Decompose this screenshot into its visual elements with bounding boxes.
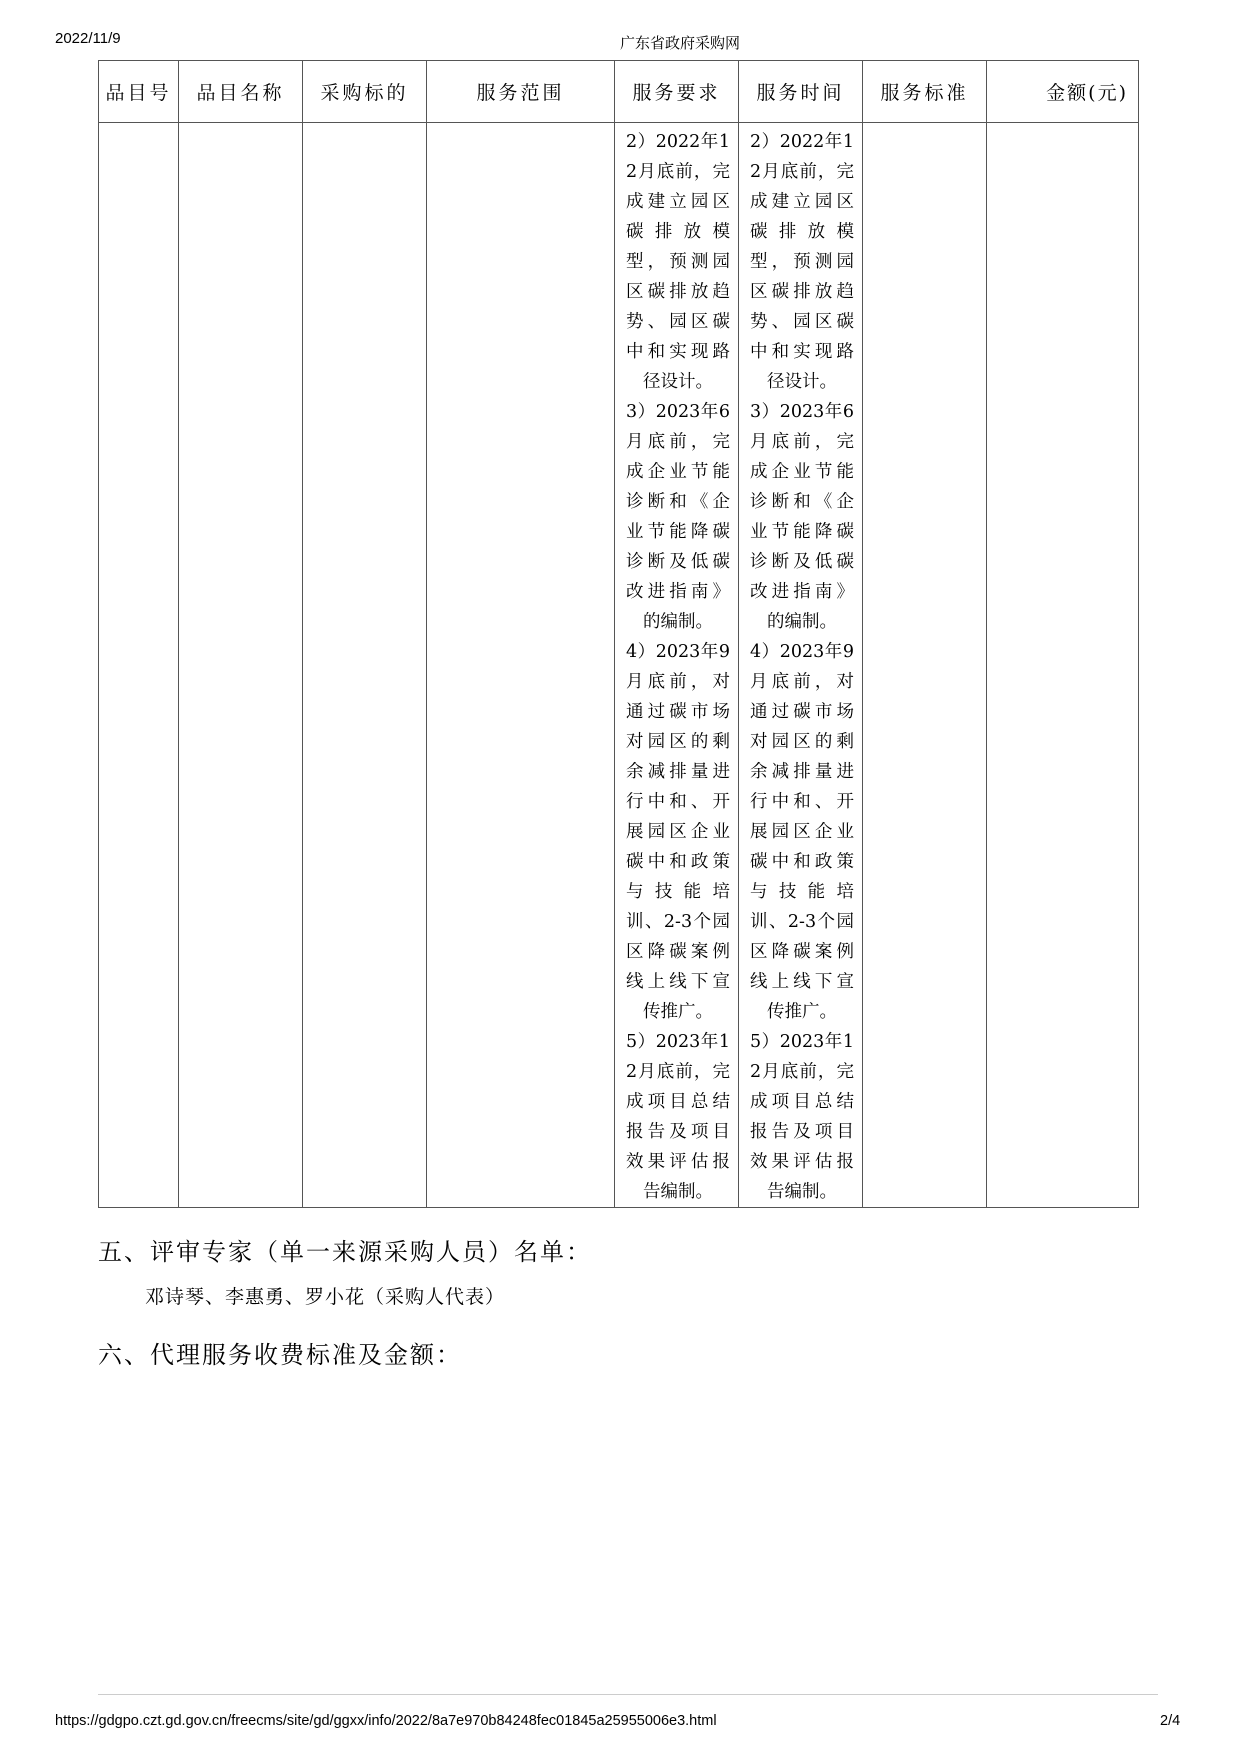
section-6-heading: 六、代理服务收费标准及金额： bbox=[98, 1335, 462, 1370]
procurement-items-table: 品目号 品目名称 采购标的 服务范围 服务要求 服务时间 服务标准 金额(元) … bbox=[98, 60, 1139, 1208]
site-title: 广东省政府采购网 bbox=[620, 32, 740, 53]
col-service-requirements: 服务要求 bbox=[615, 61, 739, 123]
time-item: 2）2022年12月底前，完成建立园区碳排放模型，预测园区碳排放趋势、园区碳中和… bbox=[750, 127, 854, 397]
time-item: 3）2023年6月底前，完成企业节能诊断和《企业节能降碳诊断及低碳改进指南》的编… bbox=[750, 397, 854, 637]
cell-service-time: 2）2022年12月底前，完成建立园区碳排放模型，预测园区碳排放趋势、园区碳中和… bbox=[739, 123, 863, 1208]
print-date: 2022/11/9 bbox=[55, 30, 121, 47]
col-service-time: 服务时间 bbox=[739, 61, 863, 123]
requirement-item: 3）2023年6月底前，完成企业节能诊断和《企业节能降碳诊断及低碳改进指南》的编… bbox=[626, 397, 730, 637]
cell-amount bbox=[987, 123, 1139, 1208]
cell-procurement-subject bbox=[303, 123, 427, 1208]
time-item: 4）2023年9月底前，对通过碳市场对园区的剩余减排量进行中和、开展园区企业碳中… bbox=[750, 637, 854, 1027]
col-item-name: 品目名称 bbox=[179, 61, 303, 123]
page-number: 2/4 bbox=[1160, 1713, 1180, 1729]
expert-list: 邓诗琴、李惠勇、罗小花（采购人代表） bbox=[145, 1282, 505, 1309]
col-amount: 金额(元) bbox=[987, 61, 1139, 123]
page-url: https://gdgpo.czt.gd.gov.cn/freecms/site… bbox=[55, 1713, 717, 1729]
cell-service-requirements: 2）2022年12月底前，完成建立园区碳排放模型，预测园区碳排放趋势、园区碳中和… bbox=[615, 123, 739, 1208]
col-service-standard: 服务标准 bbox=[863, 61, 987, 123]
col-service-scope: 服务范围 bbox=[427, 61, 615, 123]
footer-divider bbox=[98, 1694, 1158, 1695]
col-procurement-subject: 采购标的 bbox=[303, 61, 427, 123]
section-5-heading: 五、评审专家（单一来源采购人员）名单： bbox=[98, 1232, 592, 1267]
cell-item-name bbox=[179, 123, 303, 1208]
time-item: 5）2023年12月底前，完成项目总结报告及项目效果评估报告编制。 bbox=[750, 1027, 854, 1207]
requirement-item: 2）2022年12月底前，完成建立园区碳排放模型，预测园区碳排放趋势、园区碳中和… bbox=[626, 127, 730, 397]
col-item-no: 品目号 bbox=[99, 61, 179, 123]
cell-item-no bbox=[99, 123, 179, 1208]
requirement-item: 5）2023年12月底前，完成项目总结报告及项目效果评估报告编制。 bbox=[626, 1027, 730, 1207]
cell-service-scope bbox=[427, 123, 615, 1208]
table-row: 2）2022年12月底前，完成建立园区碳排放模型，预测园区碳排放趋势、园区碳中和… bbox=[99, 123, 1139, 1208]
requirement-item: 4）2023年9月底前，对通过碳市场对园区的剩余减排量进行中和、开展园区企业碳中… bbox=[626, 637, 730, 1027]
cell-service-standard bbox=[863, 123, 987, 1208]
table-header-row: 品目号 品目名称 采购标的 服务范围 服务要求 服务时间 服务标准 金额(元) bbox=[99, 61, 1139, 123]
